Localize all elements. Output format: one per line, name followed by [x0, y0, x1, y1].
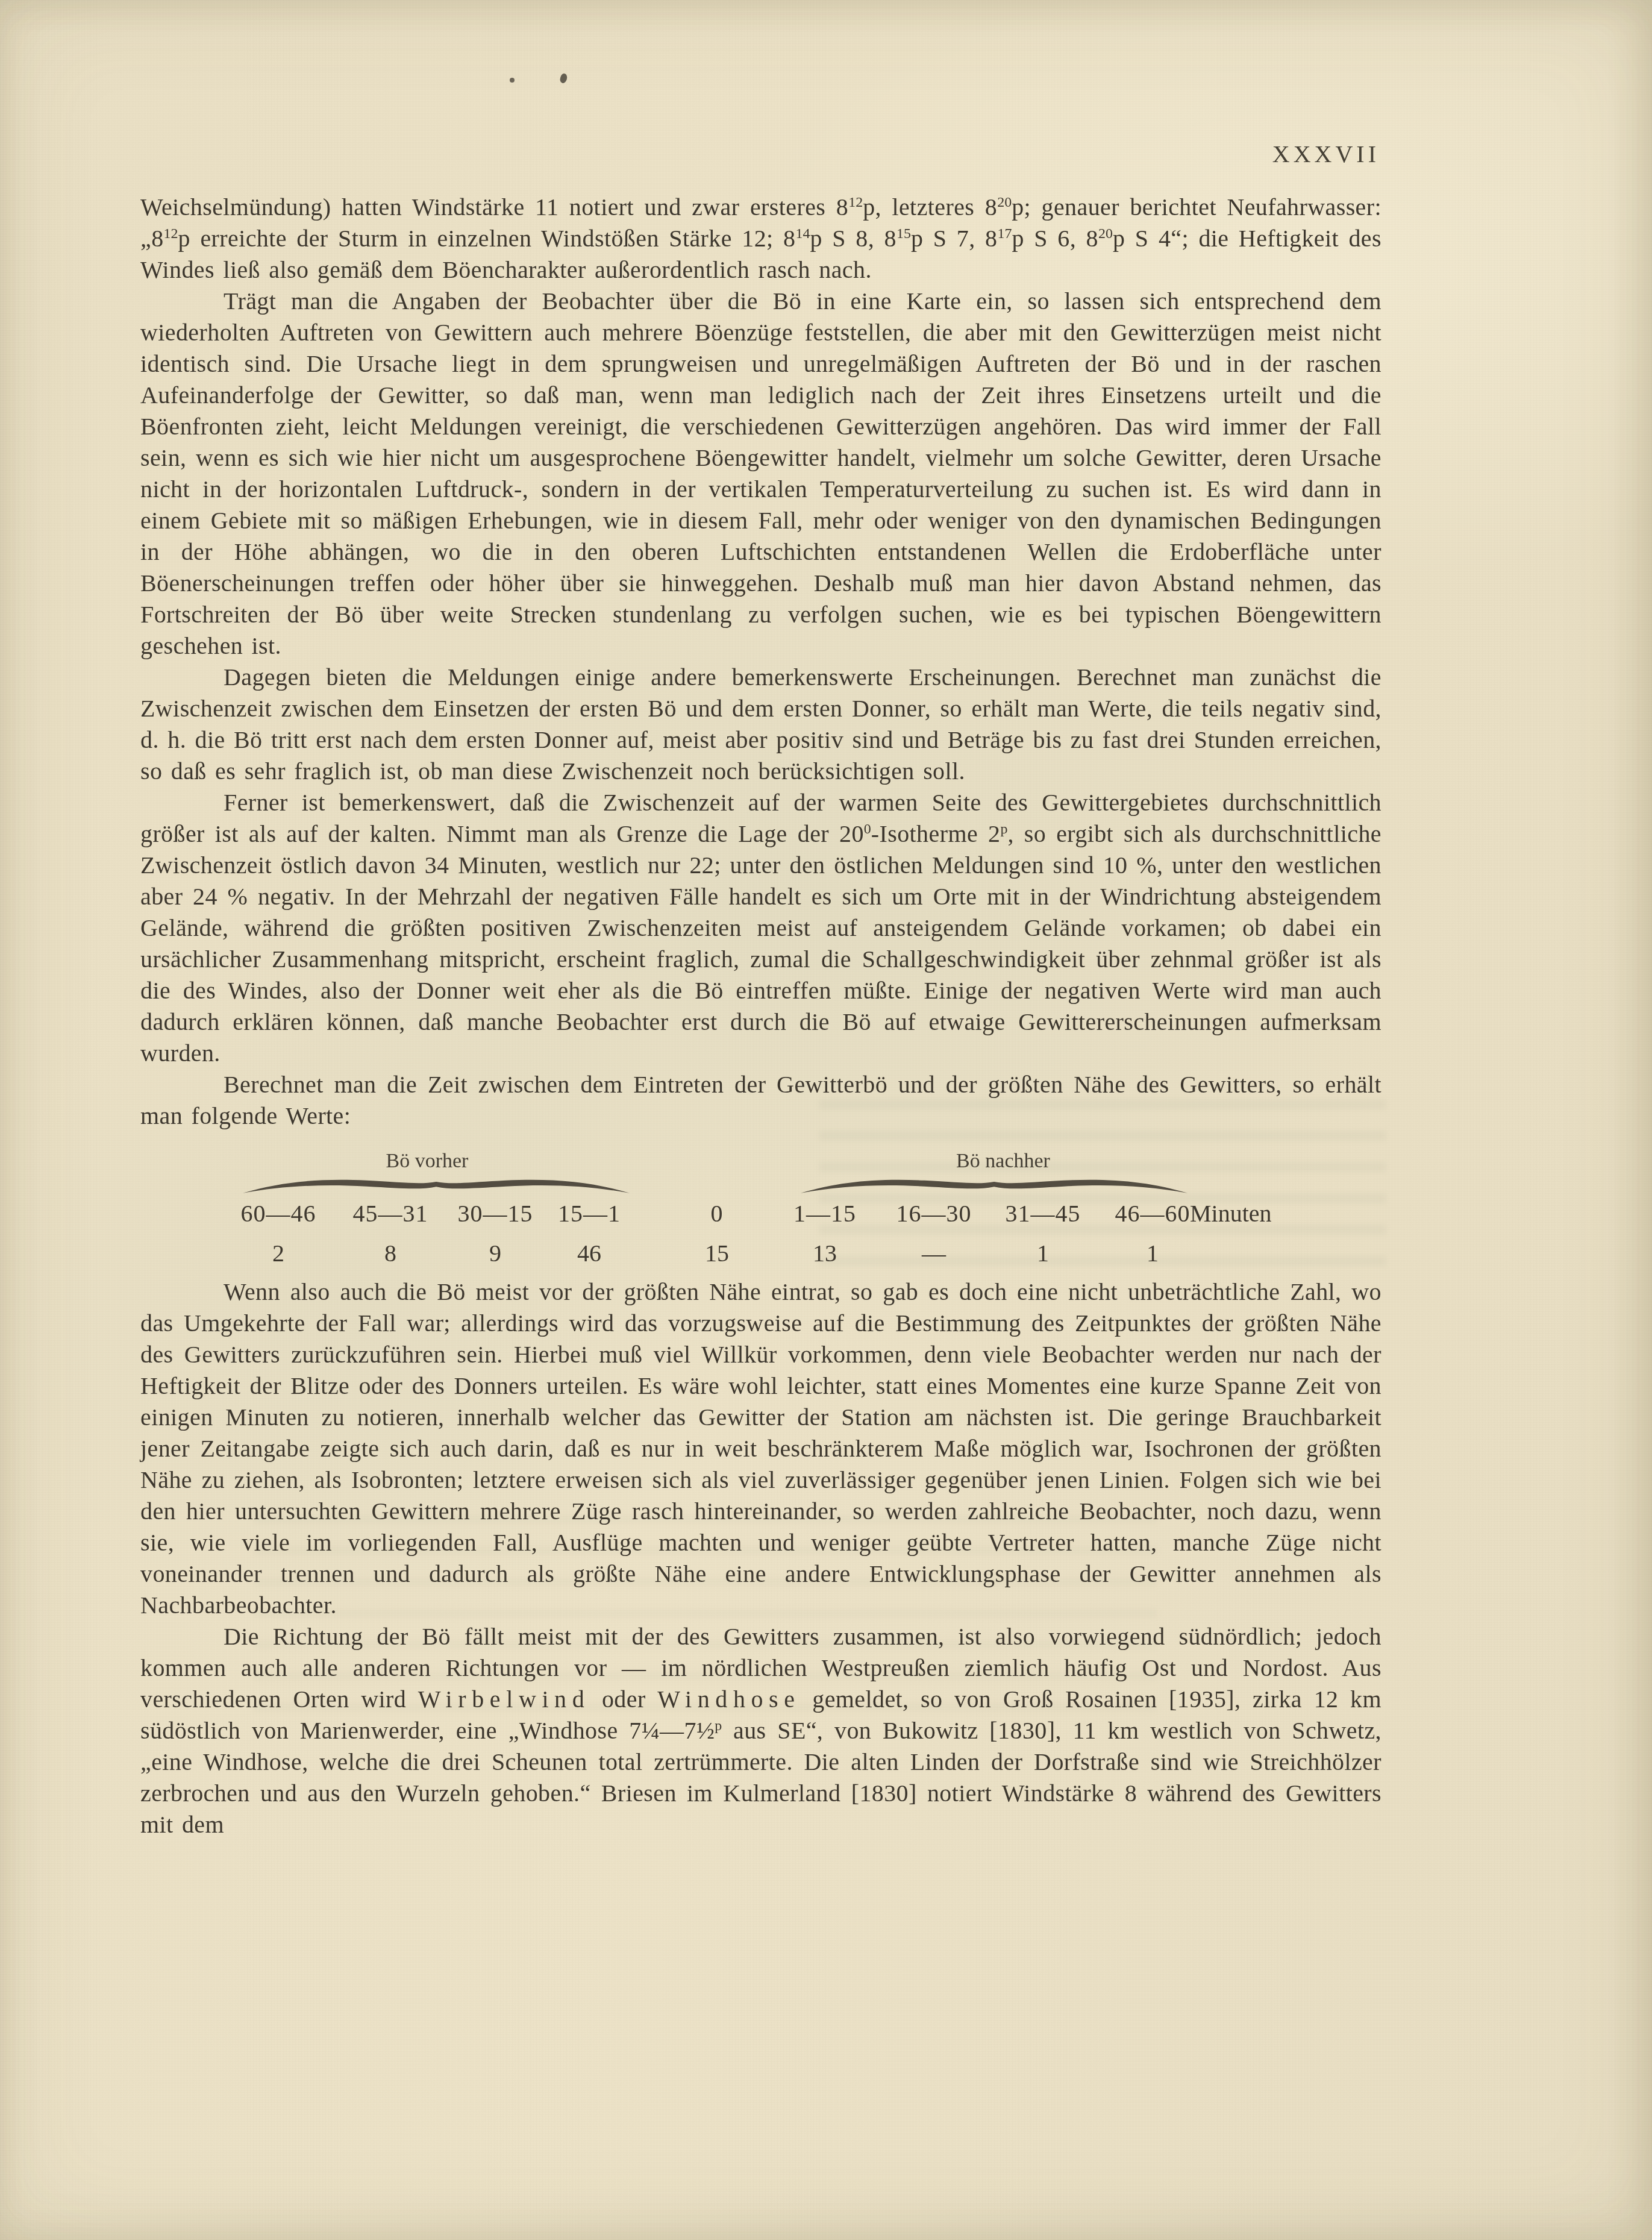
text-run: , so ergibt sich als durchschnittliche Z… [140, 820, 1381, 1067]
text-run: p, letzteres 8 [863, 193, 997, 221]
superscript-text: 12 [848, 195, 863, 210]
paragraph: Ferner ist bemerkenswert, daß die Zwisch… [140, 787, 1381, 1069]
superscript-text: 20 [997, 195, 1012, 210]
table-column-header: 15—1 [544, 1199, 634, 1228]
table-column-header: 0 [672, 1199, 762, 1228]
page-number: XXXVII [1272, 140, 1380, 168]
text-run: p S 6, 8 [1012, 225, 1098, 252]
text-run: Berechnet man die Zeit zwischen dem Eint… [140, 1071, 1381, 1129]
text-run: p erreichte der Sturm in einzelnen Winds… [178, 225, 796, 252]
text-run: Weichselmündung) hatten Windstärke 11 no… [140, 193, 848, 221]
superscript-text: 17 [997, 226, 1012, 242]
text-run: Dagegen bieten die Meldungen einige ande… [140, 664, 1381, 785]
text-run: Trägt man die Angaben der Beobachter übe… [140, 287, 1381, 659]
text-run: Wirbelwind [418, 1686, 590, 1713]
table-column-header: 60—46 [233, 1199, 324, 1228]
text-run: p S 7, 8 [911, 225, 998, 252]
paragraph: Trägt man die Angaben der Beobachter übe… [140, 286, 1381, 662]
table-column-header: 1—15 [780, 1199, 870, 1228]
paragraph-group-bottom: Wenn also auch die Bö meist vor der größ… [140, 1276, 1381, 1840]
text-column: Weichselmündung) hatten Windstärke 11 no… [140, 192, 1381, 1840]
ink-speck [510, 78, 515, 83]
table-column-header: 16—30 [889, 1199, 979, 1228]
table-column-value: 1 [998, 1239, 1088, 1267]
table-column-header: 30—15 [450, 1199, 540, 1228]
superscript-text: 20 [1098, 226, 1113, 242]
paragraph: Weichselmündung) hatten Windstärke 11 no… [140, 192, 1381, 286]
table-column-value: 13 [780, 1239, 870, 1267]
table-column-value: 46 [544, 1239, 634, 1267]
text-run: p S 8, 8 [810, 225, 896, 252]
paragraph: Berechnet man die Zeit zwischen dem Eint… [140, 1069, 1381, 1132]
table-column-header: 46—60 [1107, 1199, 1198, 1228]
paragraph: Dagegen bieten die Meldungen einige ande… [140, 662, 1381, 787]
table-column-header: 45—31 [345, 1199, 436, 1228]
table-column-value: 1 [1107, 1239, 1198, 1267]
text-run: oder [590, 1686, 657, 1713]
superscript-text: p [715, 1718, 722, 1734]
interval-table: Bö vorher Bö nachher 60—46245—31830—1591… [140, 1150, 1381, 1268]
superscript-text: 0 [864, 821, 871, 837]
table-column-value: 15 [672, 1239, 762, 1267]
text-run: -Isotherme 2 [871, 820, 1001, 847]
table-column-value: — [889, 1239, 979, 1267]
table-column-value: 8 [345, 1239, 436, 1267]
paragraph: Die Richtung der Bö fällt meist mit der … [140, 1621, 1381, 1840]
scanned-document-page: XXXVII Weichselmündung) hatten Windstärk… [0, 0, 1652, 2240]
superscript-text: 14 [795, 226, 810, 242]
table-column-value: 9 [450, 1239, 540, 1267]
table-column-header: 31—45 [998, 1199, 1088, 1228]
text-run: Windhose [657, 1686, 800, 1713]
table-column-value: 2 [233, 1239, 324, 1267]
superscript-text: p [1000, 821, 1007, 837]
paragraph: Wenn also auch die Bö meist vor der größ… [140, 1276, 1381, 1621]
superscript-text: 12 [164, 226, 178, 242]
superscript-text: 15 [896, 226, 911, 242]
paragraph-group-top: Weichselmündung) hatten Windstärke 11 no… [140, 192, 1381, 1132]
text-run: Wenn also auch die Bö meist vor der größ… [140, 1278, 1381, 1619]
ink-speck [559, 73, 568, 84]
table-unit-label: Minuten [1190, 1199, 1272, 1228]
